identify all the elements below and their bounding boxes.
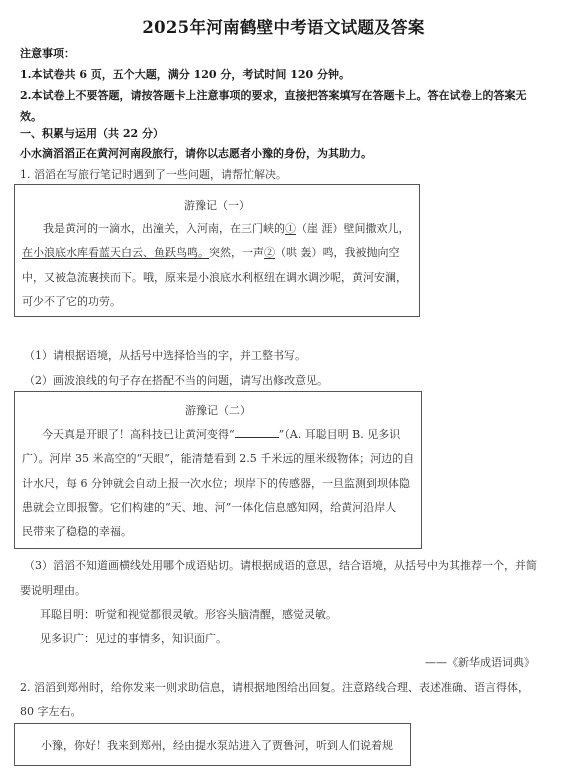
- passage-1-line-2: 在小浪底水库看蓝天白云、鱼跃鸟鸣。突然，一声②（哄 轰）鸣，我被抛向空: [22, 244, 400, 260]
- section-intro: 小水滴滔滔正在黄河河南段旅行，请你以志愿者小豫的身份，为其助力。: [20, 145, 372, 161]
- text: ”（A. 耳聪目明 B. 见多识: [279, 428, 401, 441]
- text: （崖 涯）壁间撒欢儿，: [296, 222, 410, 235]
- passage-1-title: 游豫记（一）: [15, 197, 419, 213]
- notice-item-1: 1.本试卷共 6 页，五个大题，满分 120 分，考试时间 120 分钟。: [20, 66, 350, 82]
- question-2-prompt-cont: 80 字左右。: [20, 703, 82, 719]
- notice-heading: 注意事项：: [20, 45, 75, 61]
- text: 突然，一声: [209, 246, 264, 259]
- passage-2-line-5: 民带来了稳稳的幸福。: [22, 523, 132, 539]
- fill-in-blank: [235, 427, 279, 438]
- text: 我是黄河的一滴水，出潼关，入河南，在三门峡的: [43, 222, 285, 235]
- sub-question-3-cont: 要说明理由。: [20, 582, 86, 598]
- passage-2-line-2: 广）。河岸 35 米高空的“天眼”，能清楚看到 2.5 千米远的厘米级物体；河边…: [22, 450, 414, 466]
- passage-2-line-1: 今天真是开眼了！高科技已让黄河变得“”（A. 耳聪目明 B. 见多识: [42, 426, 400, 442]
- idiom-definition-1: 耳聪目明：听觉和视觉都很灵敏。形容头脑清醒，感觉灵敏。: [40, 606, 337, 622]
- passage-3-line-1: 小豫，你好！我来到郑州，经由提水泵站进入了贾鲁河，听到人们说着规: [41, 737, 393, 753]
- passage-2-title: 游豫记（二）: [15, 402, 421, 418]
- passage-2-line-4: 患就会立即报警。它们构建的“天、地、河”一体化信息感知网，给黄河沿岸人: [22, 499, 396, 515]
- blank-marker-2: ②: [264, 246, 275, 259]
- document-title: 2025年河南鹤壁中考语文试题及答案: [0, 14, 567, 38]
- wavy-underlined-sentence: 在小浪底水库看蓝天白云、鱼跃鸟鸣。: [22, 246, 209, 259]
- blank-marker-1: ①: [285, 222, 296, 235]
- question-2-prompt: 2. 滔滔到郑州时，给你发来一则求助信息，请根据地图给出回复。注意路线合理、表述…: [20, 679, 529, 695]
- definition-source: ——《新华成语词典》: [425, 654, 535, 670]
- passage-1-line-1: 我是黄河的一滴水，出潼关，入河南，在三门峡的①（崖 涯）壁间撒欢儿，: [43, 220, 410, 236]
- question-1-prompt: 1. 滔滔在写旅行笔记时遇到了一些问题，请帮忙解决。: [20, 166, 287, 182]
- passage-2-line-3: 计水尺，每 6 分钟就会自动上报一次水位；坝岸下的传感器，一旦监测到坝体隐: [22, 475, 410, 491]
- sub-question-3: （3）滔滔不知道画横线处用哪个成语贴切。请根据成语的意思，结合语境，从括号中为其…: [24, 557, 537, 573]
- passage-1-line-3: 中，又被急流裹挟而下。哦，原来是小浪底水利枢纽在调水调沙呢，黄河安澜，: [22, 269, 407, 285]
- passage-box-1: 游豫记（一） 我是黄河的一滴水，出潼关，入河南，在三门峡的①（崖 涯）壁间撒欢儿…: [14, 184, 420, 317]
- sub-question-1: （1）请根据语境，从括号中选择恰当的字，并工整书写。: [24, 347, 306, 363]
- notice-item-2-cont: 效。: [20, 108, 42, 124]
- text: 今天真是开眼了！高科技已让黄河变得“: [42, 428, 235, 441]
- notice-item-2: 2.本试卷上不要答题，请按答题卡上注意事项的要求，直接把答案填写在答题卡上。答在…: [20, 87, 526, 103]
- passage-1-line-4: 可少不了它的功劳。: [22, 293, 121, 309]
- sub-question-2: （2）画波浪线的句子存在搭配不当的问题，请写出修改意见。: [24, 372, 328, 388]
- idiom-definition-2: 见多识广：见过的事情多，知识面广。: [40, 630, 227, 646]
- passage-box-3: 小豫，你好！我来到郑州，经由提水泵站进入了贾鲁河，听到人们说着规: [14, 723, 411, 766]
- passage-box-2: 游豫记（二） 今天真是开眼了！高科技已让黄河变得“”（A. 耳聪目明 B. 见多…: [14, 391, 422, 549]
- text: （哄 轰）鸣，我被抛向空: [275, 246, 400, 259]
- section-heading: 一、积累与运用（共 22 分）: [20, 125, 164, 141]
